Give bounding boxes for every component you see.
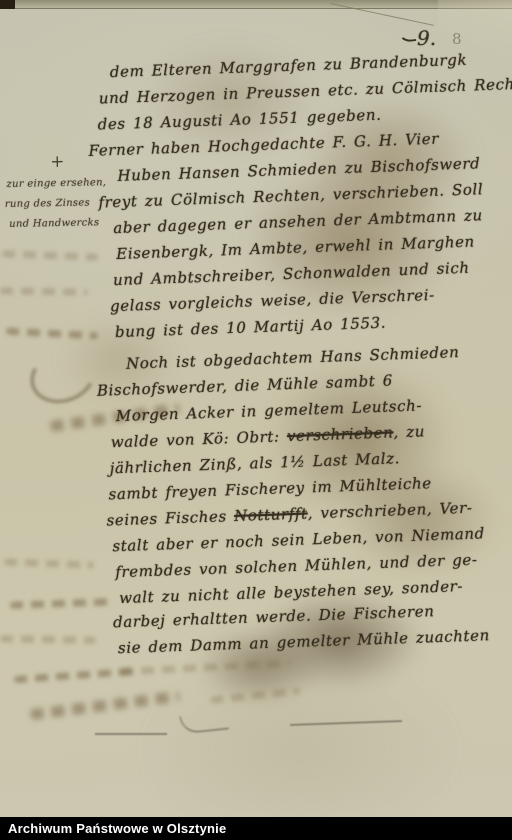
manuscript-line: sambt freyen Fischerey im Mühlteiche (108, 474, 432, 503)
manuscript-line: seines Fisches Notturfft, verschrieben, … (106, 499, 473, 530)
manuscript-line: frembdes von solchen Mühlen, und der ge- (115, 551, 478, 582)
manuscript-line: walde von Kö: Obrt: verschrieben, zu (110, 422, 425, 451)
manuscript-line: sie dem Damm an gemelter Mühle zuachten (118, 626, 490, 657)
manuscript-line: aber dagegen er ansehen der Ambtmann zu (113, 206, 483, 237)
manuscript-text: dem Elteren Marggrafen zu Brandenburgk u… (0, 0, 512, 817)
manuscript-line: jährlichen Zinß, als 1½ Last Malz. (109, 449, 400, 477)
manuscript-line: Noch ist obgedachtem Hans Schmieden (126, 343, 460, 373)
manuscript-line: stalt aber er noch sein Leben, von Niema… (112, 524, 485, 555)
manuscript-photo: 9. 8 + zur einge ersehen, rung des Zinse… (0, 0, 512, 817)
manuscript-line: Morgen Acker in gemeltem Leutsch- (116, 396, 423, 425)
archive-footer-bar: Archiwum Państwowe w Olsztynie (0, 817, 512, 840)
scanned-manuscript-page: 9. 8 + zur einge ersehen, rung des Zinse… (0, 0, 512, 840)
manuscript-line: Ferner haben Hochgedachte F. G. H. Vier (88, 130, 439, 160)
manuscript-line: und Herzogen in Preussen etc. zu Cölmisc… (98, 74, 512, 107)
dark-corner (0, 0, 15, 9)
page-stack-edge (0, 0, 512, 9)
manuscript-line: freyt zu Cölmisch Rechten, verschrieben.… (98, 180, 483, 211)
struck-word: Notturfft (234, 504, 308, 525)
manuscript-line: gelass vorgleichs weise, die Verschrei- (110, 286, 435, 315)
struck-word: verschrieben (287, 423, 394, 445)
manuscript-line: bung ist des 10 Martij Ao 1553. (115, 314, 387, 341)
archive-name-label: Archiwum Państwowe w Olsztynie (0, 821, 226, 836)
manuscript-line: Eisenbergk, Im Ambte, erwehl in Marghen (116, 232, 475, 263)
dog-ear-fold (438, 0, 512, 62)
manuscript-page: 9. 8 + zur einge ersehen, rung des Zinse… (0, 0, 512, 817)
manuscript-line: dem Elteren Marggrafen zu Brandenburgk (110, 51, 468, 81)
manuscript-line: Bischofswerder, die Mühle sambt 6 (97, 371, 394, 399)
manuscript-line: darbej erhaltten werde. Die Fischeren (113, 602, 435, 631)
manuscript-line: des 18 Augusti Ao 1551 gegeben. (97, 106, 381, 134)
manuscript-line: und Ambtschreiber, Schonwalden und sich (113, 259, 470, 289)
manuscript-line: Huben Hansen Schmieden zu Bischofswerd (117, 154, 480, 185)
